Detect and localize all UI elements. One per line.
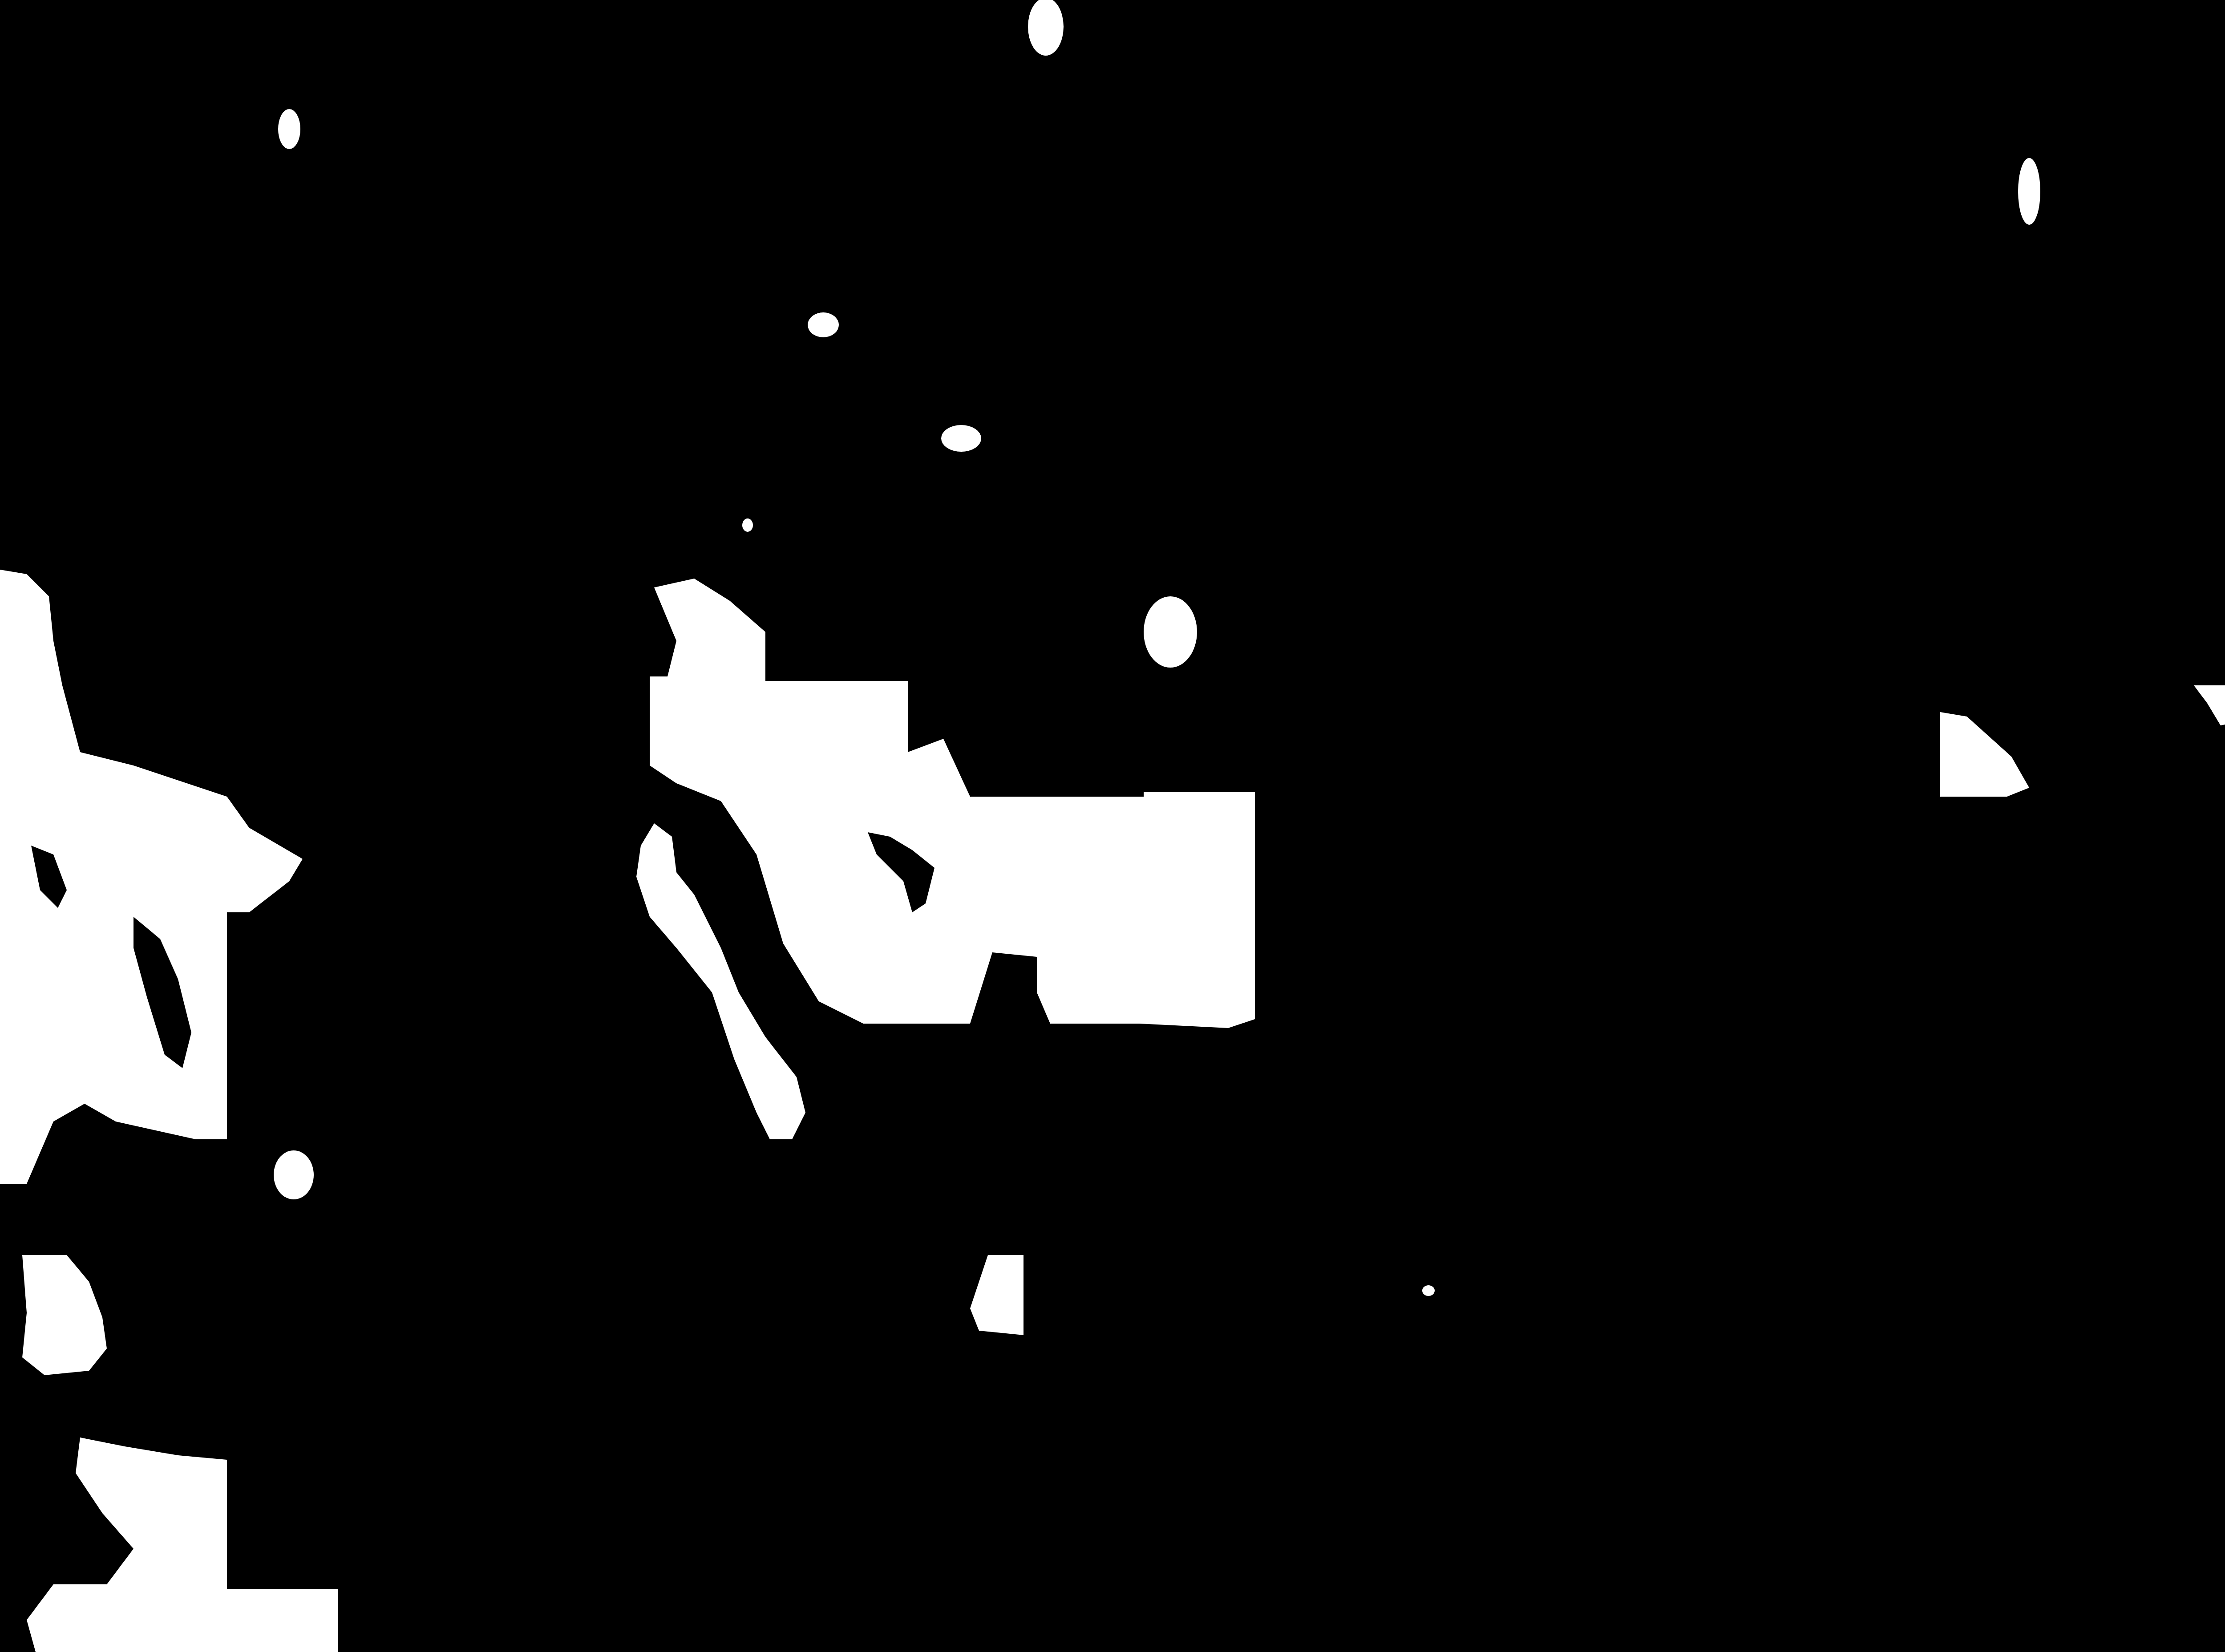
segmentation-mask (0, 0, 2225, 1652)
